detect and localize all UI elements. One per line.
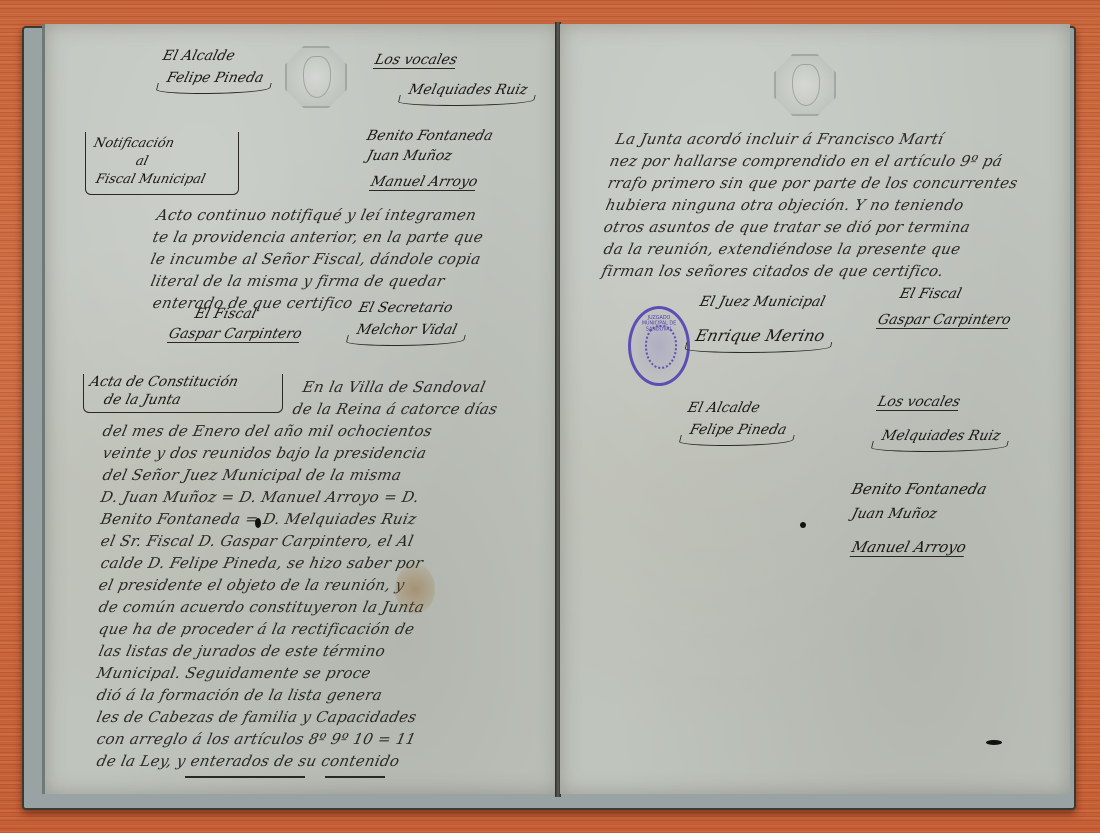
- juez-title: El Juez Municipal: [698, 294, 827, 310]
- closing-rule-2: [325, 776, 385, 778]
- body-line-6: da la reunión, extendiéndose la presente…: [602, 240, 962, 258]
- open-booklet: El Alcalde Felipe Pineda Los vocales Mel…: [16, 22, 1082, 812]
- acta-line-10: el presidente el objeto de la reunión, y: [97, 576, 406, 594]
- embossed-seal-icon: [774, 54, 836, 116]
- body-line-5: otros asuntos de que tratar se dió por t…: [602, 218, 972, 236]
- vocal-signature-right-1: Melquiades Ruiz: [880, 428, 1002, 444]
- ink-blot: [255, 518, 261, 528]
- ink-blot: [800, 522, 806, 528]
- embossed-seal-icon: [285, 46, 347, 108]
- margin-note-notificacion: Notificación al Fiscal Municipal: [85, 132, 239, 195]
- closing-rule: [185, 776, 305, 778]
- secretario-title: El Secretario: [357, 300, 454, 316]
- alcalde-signature: Felipe Pineda: [165, 70, 265, 86]
- acta-line-17: con arreglo á los artículos 8º 9º 10 = 1…: [95, 730, 418, 748]
- foxing-stain: [395, 564, 435, 614]
- acta-line-18: de la Ley, y enterados de su contenido: [95, 752, 401, 770]
- alcalde-title-right: El Alcalde: [686, 400, 762, 416]
- juez-signature: Enrique Merino: [694, 326, 827, 345]
- vocal-signature-1: Melquiades Ruiz: [407, 82, 529, 98]
- body-line-3: rrafo primero sin que por parte de los c…: [606, 174, 1019, 192]
- fiscal-title-right: El Fiscal: [898, 286, 963, 302]
- vocales-title-right: Los vocales: [876, 394, 962, 411]
- alcalde-title: El Alcalde: [161, 48, 237, 64]
- ink-blot: [986, 740, 1002, 745]
- court-stamp-icon: JUZGADO MUNICIPAL DE SANDOVAL: [628, 306, 690, 386]
- body-line-7: firman los señores citados de que certif…: [600, 262, 945, 280]
- vocal-signature-4: Manuel Arroyo: [369, 174, 479, 191]
- secretario-signature: Melchor Vidal: [355, 322, 459, 338]
- right-page: La Junta acordó incluir á Francisco Mart…: [560, 24, 1070, 794]
- acta-line-16: les de Cabezas de familia y Capacidades: [95, 708, 418, 726]
- acta-line-8: el Sr. Fiscal D. Gaspar Carpintero, el A…: [99, 532, 415, 550]
- acta-line-15: dió á la formación de la lista genera: [95, 686, 384, 704]
- notification-line-4: literal de la misma y firma de quedar: [149, 272, 446, 290]
- vocal-signature-right-2: Benito Fontaneda: [850, 480, 989, 498]
- alcalde-signature-right: Felipe Pineda: [688, 422, 788, 438]
- acta-line-9: calde D. Felipe Pineda, se hizo saber po…: [99, 554, 425, 572]
- acta-line-11: de común acuerdo constituyeron la Junta: [97, 598, 426, 616]
- vocal-signature-right-3: Juan Muñoz: [850, 506, 939, 522]
- fiscal-signature-right: Gaspar Carpintero: [876, 312, 1013, 329]
- acta-line-3: del mes de Enero del año mil ochocientos: [101, 422, 434, 440]
- acta-line-1: En la Villa de Sandoval: [301, 378, 487, 396]
- fiscal-title: El Fiscal: [193, 306, 258, 322]
- vocales-title: Los vocales: [373, 52, 459, 69]
- acta-line-12: que ha de proceder á la rectificación de: [97, 620, 416, 638]
- notification-line-1: Acto continuo notifiqué y leí integramen: [155, 206, 478, 224]
- vocal-signature-3: Juan Muñoz: [365, 148, 454, 164]
- acta-line-4: veinte y dos reunidos bajo la presidenci…: [101, 444, 428, 462]
- vocal-signature-2: Benito Fontaneda: [365, 128, 495, 144]
- margin-note-acta: Acta de Constitución de la Junta: [83, 374, 283, 413]
- acta-line-14: Municipal. Seguidamente se proce: [95, 664, 373, 682]
- left-page: El Alcalde Felipe Pineda Los vocales Mel…: [42, 24, 559, 794]
- vocal-signature-right-4: Manuel Arroyo: [850, 538, 969, 557]
- acta-line-5: del Señor Juez Municipal de la misma: [101, 466, 403, 484]
- body-line-1: La Junta acordó incluir á Francisco Mart…: [614, 130, 945, 148]
- acta-line-6: D. Juan Muñoz = D. Manuel Arroyo = D.: [99, 488, 421, 506]
- notification-line-3: le incumbe al Señor Fiscal, dándole copi…: [149, 250, 482, 268]
- acta-line-13: las listas de jurados de este término: [97, 642, 387, 660]
- body-line-4: hubiera ninguna otra objeción. Y no teni…: [604, 196, 965, 214]
- body-line-2: nez por hallarse comprendido en el artíc…: [608, 152, 1004, 170]
- fiscal-signature: Gaspar Carpintero: [167, 326, 304, 343]
- acta-line-2: de la Reina á catorce días: [291, 400, 499, 418]
- notification-line-2: te la providencia anterior, en la parte …: [151, 228, 485, 246]
